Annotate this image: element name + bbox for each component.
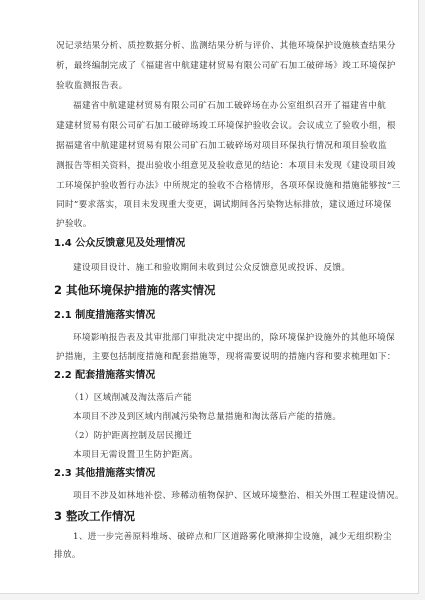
paragraph-line: 护验收。 (56, 219, 92, 230)
paragraph-line: 验收监测报告表。 (56, 81, 128, 92)
section-heading-2-3: 2.3 其他措施落实情况 (54, 467, 155, 480)
list-item-body: 本项目无需设置卫生防护距离。 (73, 450, 198, 461)
section-heading-2-1: 2.1 制度措施落实情况 (54, 309, 155, 322)
paragraph-line: 测报告等相关资料，提出验收小组意见及验收意见的结论：本项目未发现《建设项目竣 (56, 161, 396, 172)
paragraph-line: 福建省中航建建材贸易有限公司矿石加工破碎场在办公室组织召开了福建省中航 (73, 101, 386, 112)
section-body-line: 护措施，主要包括制度措施和配套措施等，现将需要说明的措施内容和要求梳理如下： (56, 352, 396, 363)
document-page: 况记录结果分析、质控数据分析、监测结果分析与评价、其他环境保护设施核查结果分 析… (0, 0, 419, 594)
section-heading-3: 3 整改工作情况 (54, 509, 135, 523)
section-body: 建设项目设计、施工和验收期间未收到过公众反馈意见或投诉、反馈。 (73, 263, 350, 274)
list-item-line: 排放。 (54, 550, 81, 561)
paragraph-line: 同时”要求落实，项目未发现重大变更，调试期间各污染物达标排放，建议通过环境保 (56, 200, 392, 211)
list-item-title: （2）防护距离控制及居民搬迁 (70, 431, 192, 442)
paragraph-line: 析，最终编制完成了《福建省中航建建材贸易有限公司矿石加工破碎场》竣工环境保护 (56, 61, 396, 72)
list-item-title: （1）区域削减及淘汰落后产能 (70, 393, 192, 404)
list-item-line: 1、进一步完善原料堆场、破碎点和厂区道路雾化喷淋抑尘设施，减少无组织粉尘 (73, 532, 392, 543)
section-heading-2: 2 其他环境保护措施的落实情况 (54, 283, 216, 297)
section-body-line: 环境影响报告表及其审批部门审批决定中提出的，除环境保护设施外的其他环境保 (73, 333, 395, 344)
paragraph-line: 况记录结果分析、质控数据分析、监测结果分析与评价、其他环境保护设施核查结果分 (56, 41, 396, 52)
section-body: 项目不涉及如林地补偿、珍稀动植物保护、区域环境整治、相关外围工程建设情况。 (73, 491, 404, 502)
section-heading-2-2: 2.2 配套措施落实情况 (54, 369, 155, 382)
section-heading-1-4: 1.4 公众反馈意见及处理情况 (54, 237, 185, 250)
paragraph-line: 据福建省中航建建材贸易有限公司矿石加工破碎场对项目环保执行情况和项目验收监 (56, 141, 387, 152)
list-item-body: 本项目不涉及到区域内削减污染物总量措施和淘汰落后产能的措施。 (73, 412, 341, 423)
paragraph-line: 建建材贸易有限公司矿石加工破碎场竣工环境保护验收会议。会议成立了验收小组，根 (56, 121, 396, 132)
paragraph-line: 工环境保护验收暂行办法》中所规定的验收不合格情形，各项环保设施和措施能够按“三 (56, 181, 401, 192)
